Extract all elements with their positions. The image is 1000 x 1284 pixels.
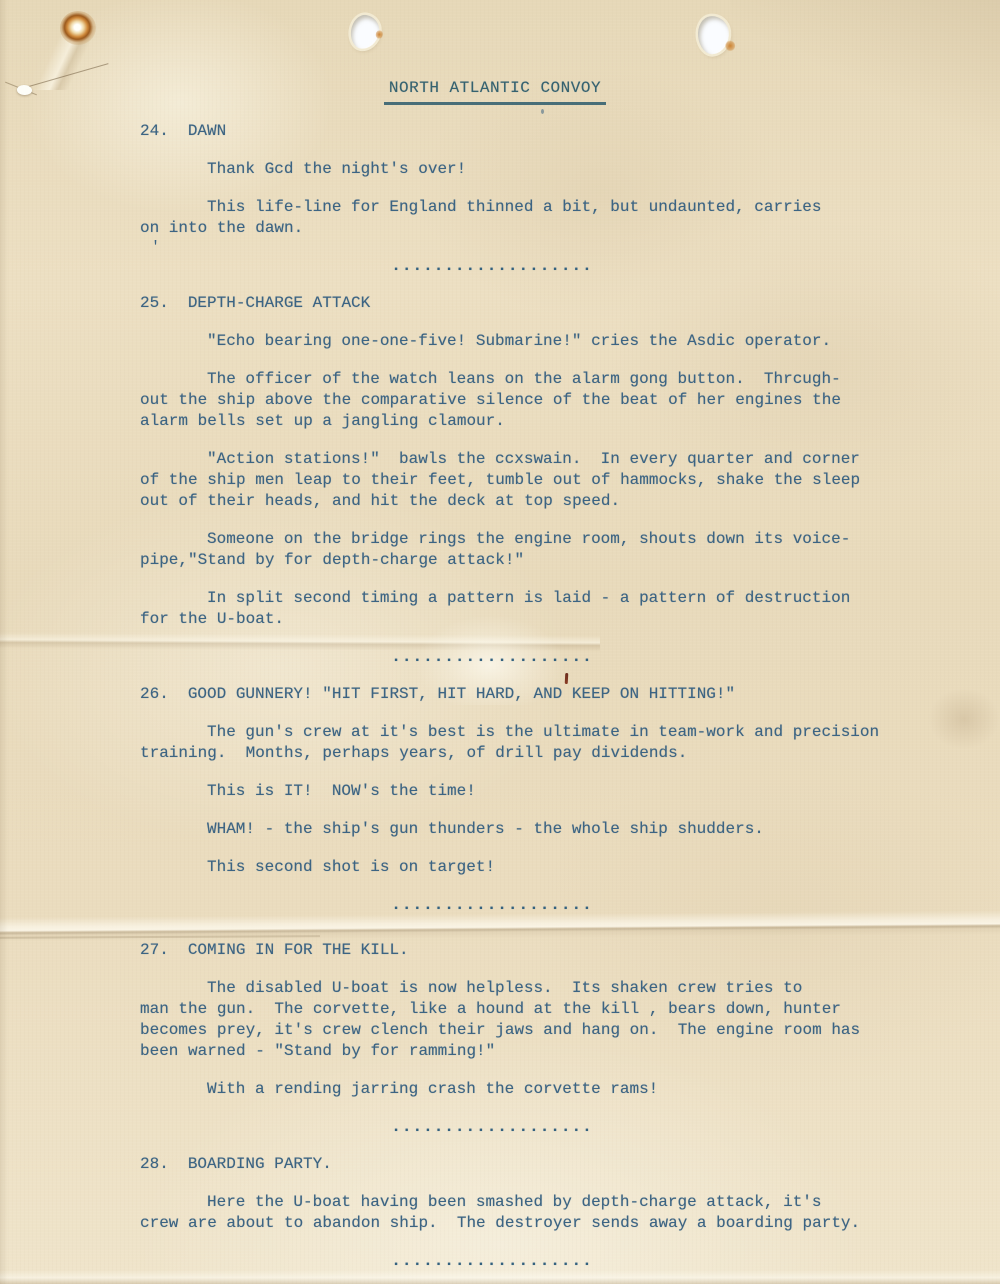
- text-line: The officer of the watch leans on the al…: [207, 370, 841, 388]
- paragraph: WHAM! - the ship's gun thunders - the wh…: [140, 819, 980, 840]
- section-heading: 26.GOOD GUNNERY! "HIT FIRST, HIT HARD, A…: [140, 684, 890, 705]
- section-title: GOOD GUNNERY! "HIT FIRST, HIT HARD, AND …: [188, 685, 735, 703]
- text-line: for the U-boat.: [140, 610, 284, 628]
- text-line: of the ship men leap to their feet, tumb…: [140, 471, 860, 489]
- paragraph: The officer of the watch leans on the al…: [140, 369, 980, 432]
- text-line: The disabled U-boat is now helpless. Its…: [207, 979, 802, 997]
- text-line: Thank Gcd the night's over!: [207, 160, 466, 178]
- dotted-separator: ...................: [0, 1254, 992, 1268]
- text-line: WHAM! - the ship's gun thunders - the wh…: [207, 820, 764, 838]
- text-line: In split second timing a pattern is laid…: [207, 589, 850, 607]
- document-title: NORTH ATLANTIC CONVOY: [384, 78, 606, 105]
- text-line: Someone on the bridge rings the engine r…: [207, 530, 850, 548]
- section-title: COMING IN FOR THE KILL.: [188, 941, 409, 959]
- paragraph: "Echo bearing one-one-five! Submarine!" …: [140, 331, 980, 352]
- dotted-separator: ...................: [0, 650, 992, 664]
- section-number: 25.: [140, 294, 169, 312]
- text-line: "Action stations!" bawls the ccxswain. I…: [207, 450, 860, 468]
- dotted-separator: ...................: [0, 1120, 992, 1134]
- paragraph: The disabled U-boat is now helpless. Its…: [140, 978, 980, 1062]
- section-title: DAWN: [188, 122, 226, 140]
- paragraph: Here the U-boat having been smashed by d…: [140, 1192, 980, 1234]
- section-25: 25.DEPTH-CHARGE ATTACK"Echo bearing one-…: [0, 293, 1000, 664]
- sections: 24.DAWNThank Gcd the night's over!This l…: [0, 121, 1000, 1268]
- text-line: been warned - "Stand by for ramming!": [140, 1042, 495, 1060]
- section-number: 26.: [140, 685, 169, 703]
- section-heading: 25.DEPTH-CHARGE ATTACK: [140, 293, 890, 314]
- text-line: man the gun. The corvette, like a hound …: [140, 1000, 841, 1018]
- section-number: 28.: [140, 1155, 169, 1173]
- text-line: on into the dawn.: [140, 219, 303, 237]
- paragraph: In split second timing a pattern is laid…: [140, 588, 980, 630]
- section-title: BOARDING PARTY.: [188, 1155, 332, 1173]
- section-heading: 28.BOARDING PARTY.: [140, 1154, 890, 1175]
- paragraph: The gun's crew at it's best is the ultim…: [140, 722, 980, 764]
- section-number: 27.: [140, 941, 169, 959]
- paragraph: This life-line for England thinned a bit…: [140, 197, 980, 239]
- section-26: 26.GOOD GUNNERY! "HIT FIRST, HIT HARD, A…: [0, 684, 1000, 912]
- section-title: DEPTH-CHARGE ATTACK: [188, 294, 370, 312]
- paragraph: "Action stations!" bawls the ccxswain. I…: [140, 449, 980, 512]
- paragraph: This is IT! NOW's the time!: [140, 781, 980, 802]
- text-line: out the ship above the comparative silen…: [140, 391, 841, 409]
- text-line: The gun's crew at it's best is the ultim…: [207, 723, 879, 741]
- text-line: becomes prey, it's crew clench their jaw…: [140, 1021, 860, 1039]
- text-line: out of their heads, and hit the deck at …: [140, 492, 620, 510]
- section-heading: 24.DAWN: [140, 121, 890, 142]
- paragraph: This second shot is on target!: [140, 857, 980, 878]
- section-28: 28.BOARDING PARTY.Here the U-boat having…: [0, 1154, 1000, 1268]
- section-number: 24.: [140, 122, 169, 140]
- section-24: 24.DAWNThank Gcd the night's over!This l…: [0, 121, 1000, 273]
- text-line: Here the U-boat having been smashed by d…: [207, 1193, 822, 1211]
- section-heading: 27.COMING IN FOR THE KILL.: [140, 940, 890, 961]
- dotted-separator: ...................: [0, 898, 992, 912]
- text-line: training. Months, perhaps years, of dril…: [140, 744, 687, 762]
- text-line: This life-line for England thinned a bit…: [207, 198, 822, 216]
- scanned-document-page: ' NORTH ATLANTIC CONVOY 24.DAWNThank Gcd…: [0, 0, 1000, 1284]
- text-line: pipe,"Stand by for depth-charge attack!": [140, 551, 524, 569]
- paragraph: Thank Gcd the night's over!: [140, 159, 980, 180]
- dotted-separator: ...................: [0, 259, 992, 273]
- paragraph: Someone on the bridge rings the engine r…: [140, 529, 980, 571]
- section-27: 27.COMING IN FOR THE KILL.The disabled U…: [0, 940, 1000, 1134]
- text-line: This is IT! NOW's the time!: [207, 782, 476, 800]
- text-line: With a rending jarring crash the corvett…: [207, 1080, 658, 1098]
- document-content: NORTH ATLANTIC CONVOY 24.DAWNThank Gcd t…: [0, 0, 1000, 1268]
- title-row: NORTH ATLANTIC CONVOY: [0, 78, 995, 105]
- bottom-page-edge: [0, 1270, 1000, 1284]
- text-line: alarm bells set up a jangling clamour.: [140, 412, 505, 430]
- paragraph: With a rending jarring crash the corvett…: [140, 1079, 980, 1100]
- text-line: This second shot is on target!: [207, 858, 495, 876]
- text-line: "Echo bearing one-one-five! Submarine!" …: [207, 332, 831, 350]
- text-line: crew are about to abandon ship. The dest…: [140, 1214, 860, 1232]
